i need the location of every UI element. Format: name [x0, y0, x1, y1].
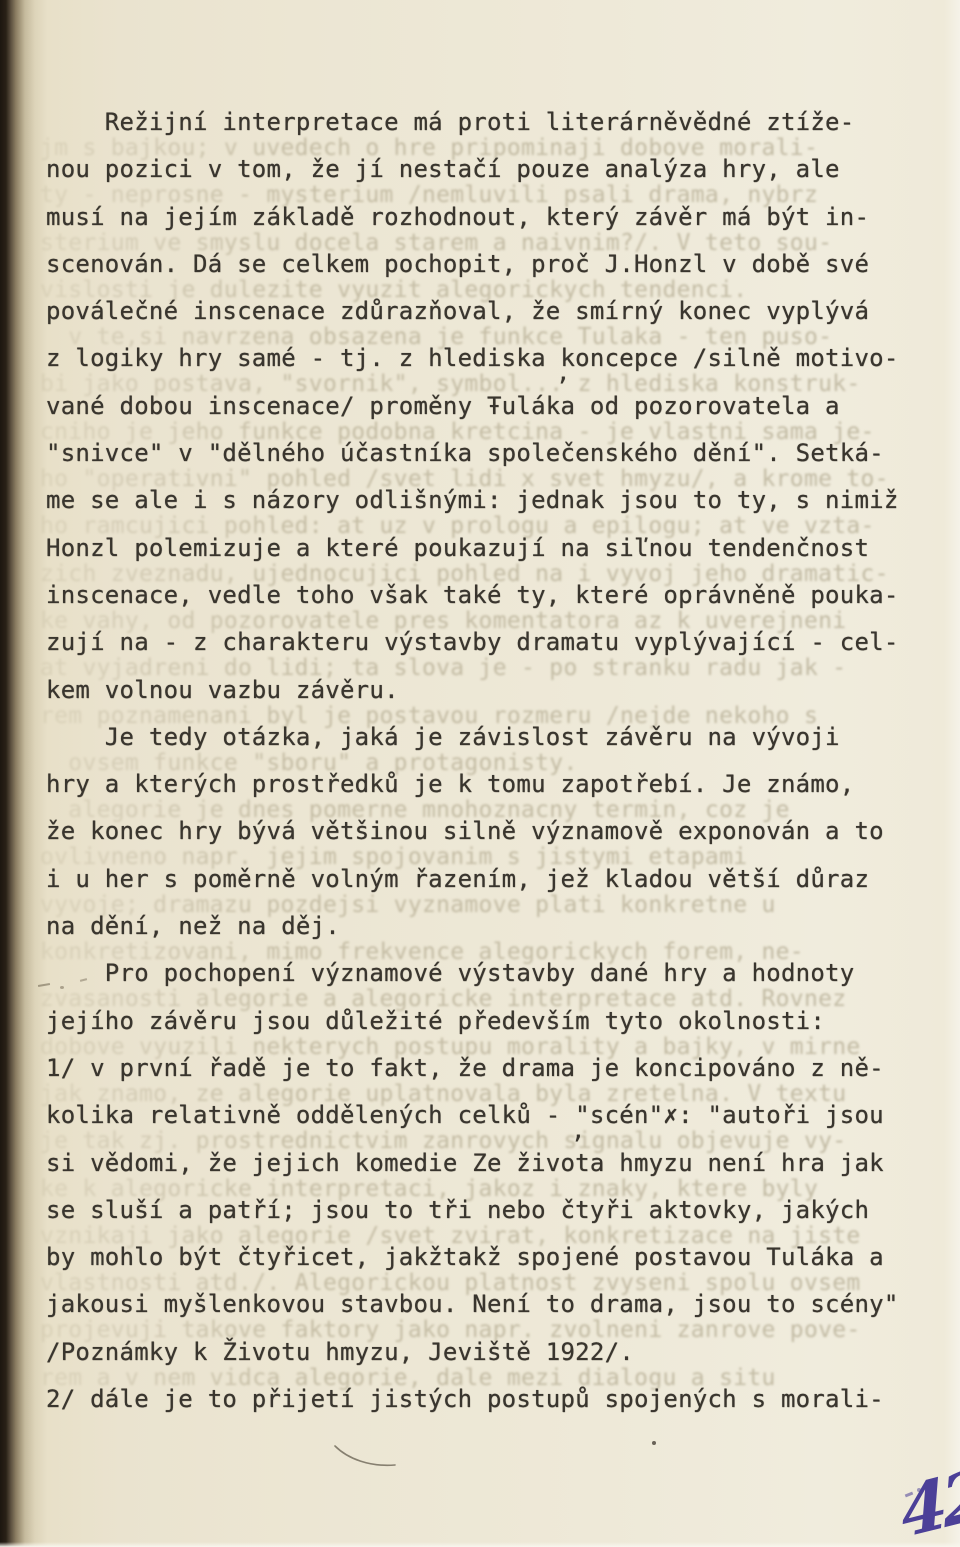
typo-correction-comma: ,	[556, 358, 570, 386]
typed-line: kem volnou vazbu závěru.	[46, 667, 899, 714]
typed-line: se sluší a patří; jsou to tři nebo čtyři…	[46, 1187, 899, 1234]
pencil-margin-mark	[60, 986, 64, 989]
typed-line: Je tedy otázka, jaká je závislost závěru…	[46, 714, 899, 761]
ink-tick-mark	[917, 1488, 921, 1492]
typed-line: musí na jejím základě rozhodnout, který …	[46, 194, 899, 241]
typed-line: by mohlo být čtyřicet, jakžtakž spojené …	[46, 1234, 899, 1281]
typed-text-block: Režijní interpretace má proti literárněv…	[46, 99, 899, 1423]
typed-line: "snivce" v "dělného účastníka společensk…	[46, 430, 899, 477]
typo-correction-comma: ,	[571, 1116, 585, 1144]
typed-line: Režijní interpretace má proti literárněv…	[46, 99, 899, 146]
typed-line: zují na - z charakteru výstavby dramatu …	[46, 619, 899, 666]
typed-line: kolika relativně oddělených celků - "scé…	[46, 1092, 899, 1139]
typed-line: poválečné inscenace zdůrazňoval, že smír…	[46, 288, 899, 335]
typed-line: me se ale i s názory odlišnými: jednak j…	[46, 477, 899, 524]
typed-line: že konec hry bývá většinou silně významo…	[46, 808, 899, 855]
typed-line: jakousi myšlenkovou stavbou. Není to dra…	[46, 1281, 899, 1328]
typed-line: scenován. Dá se celkem pochopit, proč J.…	[46, 241, 899, 288]
pencil-stroke	[330, 1440, 402, 1476]
scanned-typewritten-page: jm s bajkou; v uvedech o hre pripominaji…	[0, 0, 960, 1547]
typed-line: Pro pochopení významové výstavby dané hr…	[46, 950, 899, 997]
ink-speck	[652, 1441, 656, 1445]
handwritten-page-number: 42	[897, 1454, 960, 1547]
typed-line: jejího závěru jsou důležité především ty…	[46, 998, 899, 1045]
typed-line: 2/ dále je to přijetí jistých postupů sp…	[46, 1376, 899, 1423]
typed-line: i u her s poměrně volným řazením, jež kl…	[46, 856, 899, 903]
typed-line: inscenace, vedle toho však také ty, kter…	[46, 572, 899, 619]
typed-line: si vědomi, že jejich komedie Ze života h…	[46, 1140, 899, 1187]
typed-line: na dění, než na děj.	[46, 903, 899, 950]
typed-line: nou pozici v tom, že jí nestačí pouze an…	[46, 146, 899, 193]
typed-line: z logiky hry samé - tj. z hlediska konce…	[46, 335, 899, 382]
typed-line: Honzl polemizuje a které poukazují na si…	[46, 525, 899, 572]
typed-line: hry a kterých prostředků je k tomu zapot…	[46, 761, 899, 808]
typed-line: /Poznámky k Životu hmyzu, Jeviště 1922/.	[46, 1329, 899, 1376]
typed-line: vané dobou inscenace/ proměny Ŧuláka od …	[46, 383, 899, 430]
typed-line: 1/ v první řadě je to fakt, že drama je …	[46, 1045, 899, 1092]
